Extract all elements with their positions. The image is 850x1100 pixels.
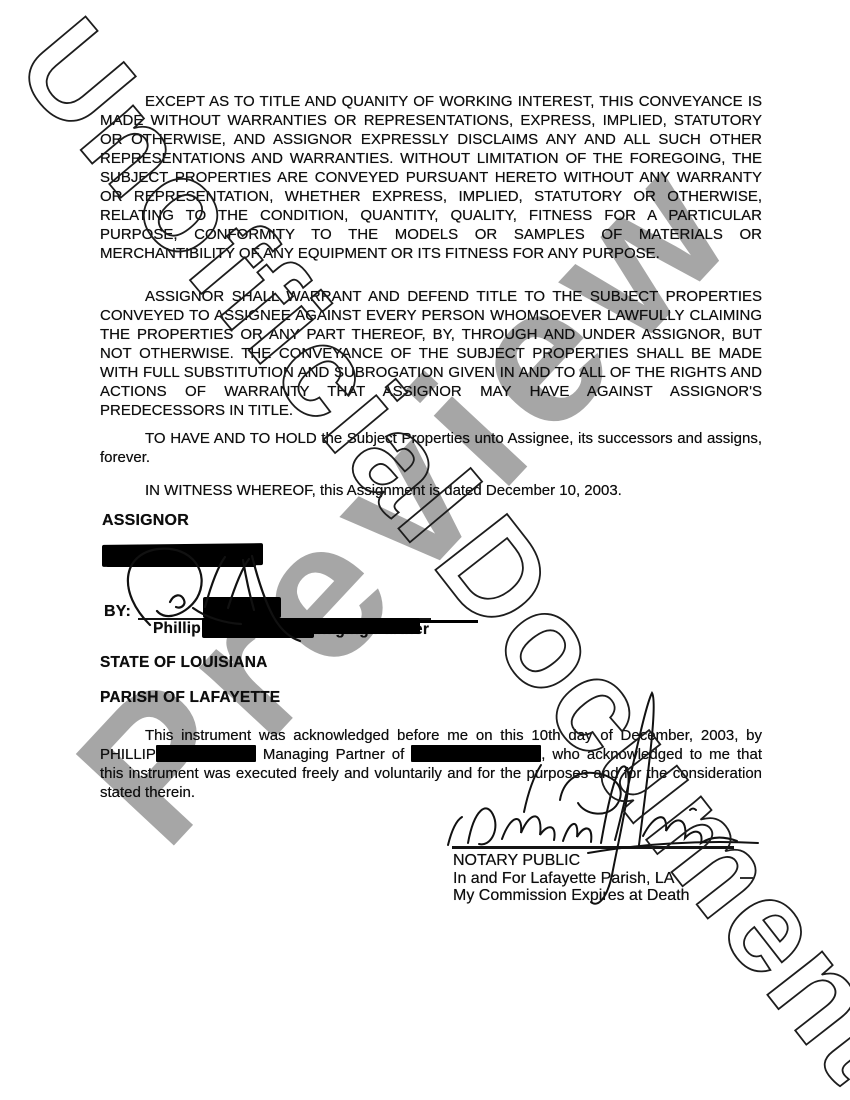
notary-signature-line xyxy=(452,846,734,849)
document-text-layer: EXCEPT AS TO TITLE AND QUANITY OF WORKIN… xyxy=(0,0,850,1100)
by-label: BY: xyxy=(104,603,131,621)
paragraph-warranty-disclaimer: EXCEPT AS TO TITLE AND QUANITY OF WORKIN… xyxy=(100,92,762,263)
paragraph-in-witness-whereof: IN WITNESS WHEREOF, this Assignment is d… xyxy=(100,481,762,500)
acknowledgment-text-2: Managing Partner of xyxy=(256,746,411,763)
redaction-bar-signature-name xyxy=(203,597,281,618)
state-line: STATE OF LOUISIANA xyxy=(100,654,268,672)
redaction-bar-signer-name-full xyxy=(202,618,314,638)
notary-block: NOTARY PUBLIC In and For Lafayette Paris… xyxy=(453,852,763,905)
scanned-document-page: Preview EXCEPT AS TO TITLE AND QUANITY O… xyxy=(0,0,850,1100)
notary-title: NOTARY PUBLIC xyxy=(453,852,763,870)
notary-jurisdiction: In and For Lafayette Parish, LA xyxy=(453,870,763,888)
parish-line: PARISH OF LAFAYETTE xyxy=(100,689,280,707)
signer-first-name: Phillip xyxy=(153,620,201,638)
stray-scan-mark xyxy=(740,877,753,879)
assignor-heading: ASSIGNOR xyxy=(102,512,189,530)
paragraph-acknowledgment: This instrument was acknowledged before … xyxy=(100,726,762,802)
redaction-inline-company xyxy=(411,745,541,762)
notary-commission: My Commission Expires at Death xyxy=(453,887,763,905)
paragraph-to-have-and-to-hold: TO HAVE AND TO HOLD the Subject Properti… xyxy=(100,429,762,467)
redaction-bar-assignor-name-edge xyxy=(106,560,256,567)
redaction-inline-person xyxy=(156,745,256,762)
paragraph-warrant-defend-title: ASSIGNOR SHALL WARRANT AND DEFEND TITLE … xyxy=(100,287,762,420)
redaction-bar-tail xyxy=(420,620,478,623)
